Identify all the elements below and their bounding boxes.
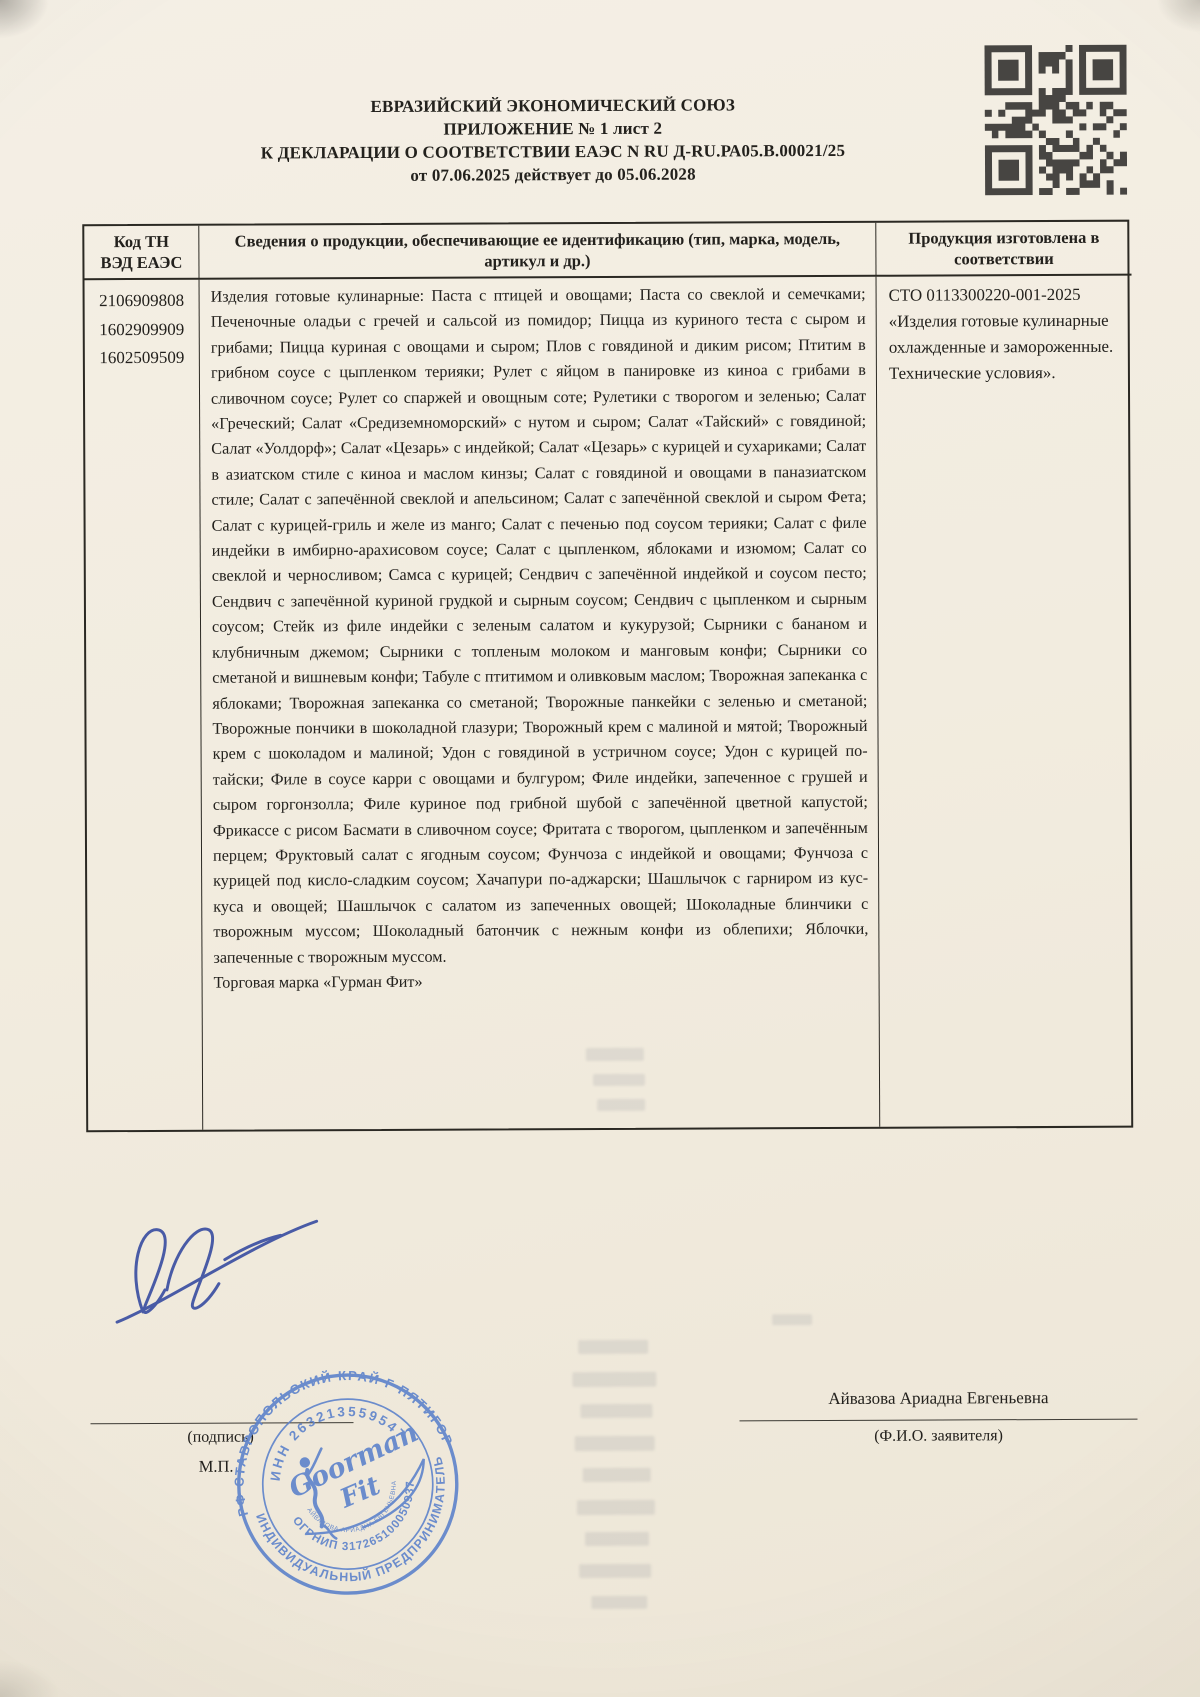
stamp-place-caption: М.П. [199,1457,234,1477]
document-header: ЕВРАЗИЙСКИЙ ЭКОНОМИЧЕСКИЙ СОЮЗ ПРИЛОЖЕНИ… [113,92,993,188]
standard-reference-cell: СТО 0113300220-001-2025 «Изделия готовые… [877,276,1136,1127]
bleed-artifact [577,1500,655,1515]
column-header-made-in-accordance: Продукция изготовлена в соответствии [876,222,1131,277]
product-list-cell: Изделия готовые кулинарные: Паста с птиц… [200,277,881,1130]
tn-ved-code: 2106909808 [85,287,199,316]
handwritten-signature [104,1189,335,1345]
tn-ved-code: 1602509509 [85,344,199,373]
column-header-tn-ved-code: Код ТН ВЭД ЕАЭС [84,226,199,281]
bleed-artifact [591,1596,647,1609]
bleed-artifact [580,1404,652,1418]
bleed-artifact [575,1436,655,1451]
bleed-artifact [578,1340,648,1354]
applicant-name: Айвазова Ариадна Евгеньевна [739,1388,1137,1410]
bleed-artifact [579,1564,651,1578]
trademark-line: Торговая марка «Гурман Фит» [214,968,869,996]
scanned-declaration-page: ЕВРАЗИЙСКИЙ ЭКОНОМИЧЕСКИЙ СОЮЗ ПРИЛОЖЕНИ… [0,0,1200,1697]
bleed-artifact [586,1048,644,1061]
qr-code [984,45,1127,196]
bleed-artifact [593,1074,645,1086]
header-validity-dates: от 07.06.2025 действует до 05.06.2028 [113,161,993,188]
applicant-name-line [739,1419,1137,1422]
bleed-artifact [585,1532,649,1546]
product-list-text: Изделия готовые кулинарные: Паста с птиц… [211,282,869,971]
bleed-artifact [597,1099,645,1111]
column-header-product-info: Сведения о продукции, обеспечивающие ее … [199,223,876,280]
product-declaration-table: Код ТН ВЭД ЕАЭС Сведения о продукции, об… [82,220,1133,1133]
bleed-artifact [772,1314,812,1325]
bleed-artifact [583,1468,651,1482]
applicant-name-caption: (Ф.И.О. заявителя) [740,1427,1138,1447]
bleed-artifact [572,1372,656,1387]
tn-ved-code: 1602909909 [85,315,199,344]
company-stamp: РФ СТАВРОПОЛЬСКИЙ КРАЙ Г ПЯТИГОРСК ИНДИВ… [229,1366,466,1603]
tn-ved-codes-cell: 2106909808 1602909909 1602509509 [85,280,204,1130]
